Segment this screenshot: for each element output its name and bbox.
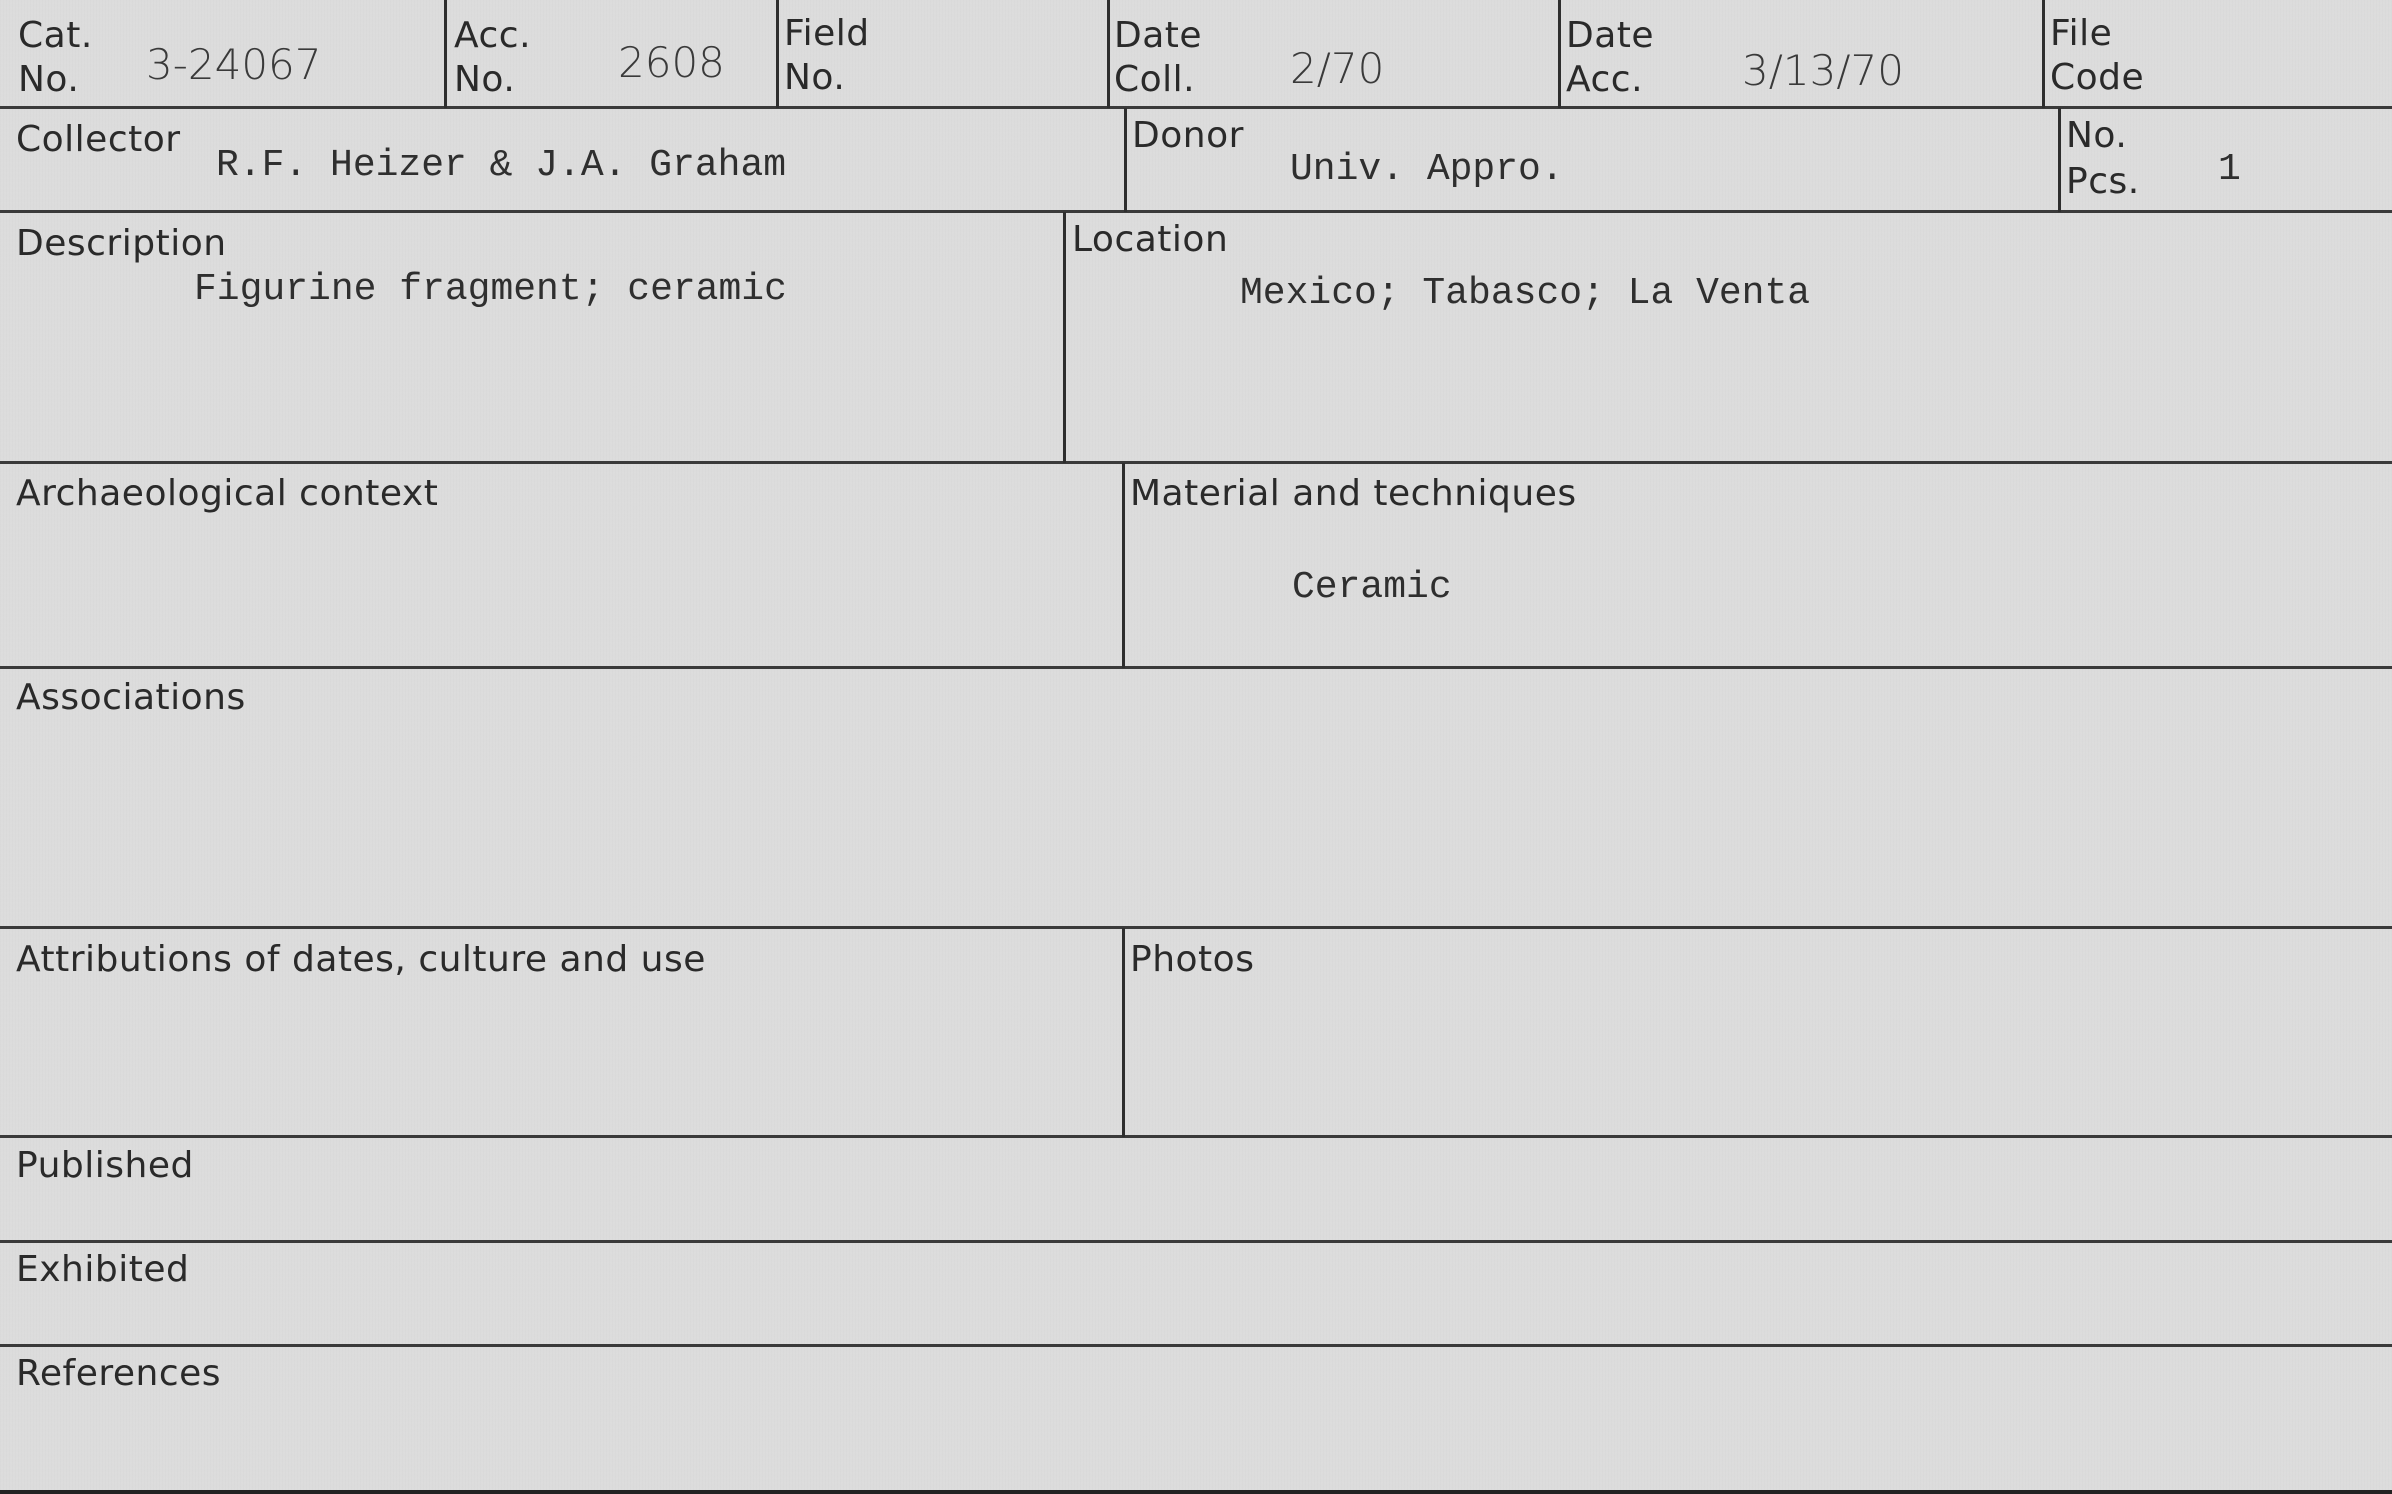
divider-cat-acc <box>444 0 447 108</box>
date-acc-value: 3/13/70 <box>1742 46 1904 95</box>
rule-exhibited-bottom <box>0 1344 2392 1347</box>
attributions-label: Attributions of dates, culture and use <box>16 938 706 982</box>
no-pcs-label-line2: Pcs. <box>2066 160 2140 204</box>
associations-label: Associations <box>16 676 246 720</box>
no-pcs-label-line1: No. <box>2066 114 2127 158</box>
date-acc-label-line2: Acc. <box>1566 58 1643 102</box>
rule-row1-bottom <box>0 106 2392 109</box>
divider-context-material <box>1122 463 1125 668</box>
divider-datecoll-dateacc <box>1558 0 1561 108</box>
rule-row3-bottom <box>0 461 2392 464</box>
rule-row4-bottom <box>0 666 2392 669</box>
field-no-label-line2: No. <box>784 56 845 100</box>
donor-value: Univ. Appro. <box>1290 148 1564 191</box>
file-code-label-line1: File <box>2050 12 2112 56</box>
divider-description-location <box>1063 212 1066 463</box>
photos-label: Photos <box>1130 938 1254 982</box>
archaeological-context-label: Archaeological context <box>16 472 438 516</box>
published-label: Published <box>16 1144 194 1188</box>
rule-row5-bottom <box>0 926 2392 929</box>
date-acc-label-line1: Date <box>1566 14 1654 58</box>
acc-no-label-line2: No. <box>454 58 515 102</box>
donor-label: Donor <box>1132 114 1244 158</box>
cat-no-label-line1: Cat. <box>18 14 93 58</box>
divider-attributions-photos <box>1122 928 1125 1137</box>
material-techniques-label: Material and techniques <box>1130 472 1577 516</box>
date-coll-label-line2: Coll. <box>1114 58 1195 102</box>
rule-row2-bottom <box>0 210 2392 213</box>
file-code-label-line2: Code <box>2050 56 2144 100</box>
description-value: Figurine fragment; ceramic <box>194 268 787 311</box>
divider-donor-nopcs <box>2058 108 2061 212</box>
references-label: References <box>16 1352 221 1396</box>
divider-field-datecoll <box>1107 0 1110 108</box>
acc-no-label-line1: Acc. <box>454 14 531 58</box>
cat-no-label-line2: No. <box>18 58 79 102</box>
collector-value: R.F. Heizer & J.A. Graham <box>216 144 786 187</box>
location-value: Mexico; Tabasco; La Venta <box>1240 272 1810 315</box>
acc-no-value: 2608 <box>618 38 725 87</box>
material-techniques-value: Ceramic <box>1292 566 1452 609</box>
no-pcs-value: 1 <box>2218 148 2241 191</box>
catalog-card: Cat. No. 3-24067 Acc. No. 2608 Field No.… <box>0 0 2392 1494</box>
rule-card-bottom <box>0 1490 2392 1494</box>
description-label: Description <box>16 222 227 266</box>
date-coll-value: 2/70 <box>1290 44 1384 93</box>
rule-published-bottom <box>0 1240 2392 1243</box>
rule-row6-bottom <box>0 1135 2392 1138</box>
divider-collector-donor <box>1124 108 1127 212</box>
location-label: Location <box>1072 218 1228 262</box>
date-coll-label-line1: Date <box>1114 14 1202 58</box>
collector-label: Collector <box>16 118 181 162</box>
divider-dateacc-filecode <box>2042 0 2045 108</box>
divider-acc-field <box>776 0 779 108</box>
field-no-label-line1: Field <box>784 12 870 56</box>
cat-no-value: 3-24067 <box>146 40 322 89</box>
exhibited-label: Exhibited <box>16 1248 189 1292</box>
